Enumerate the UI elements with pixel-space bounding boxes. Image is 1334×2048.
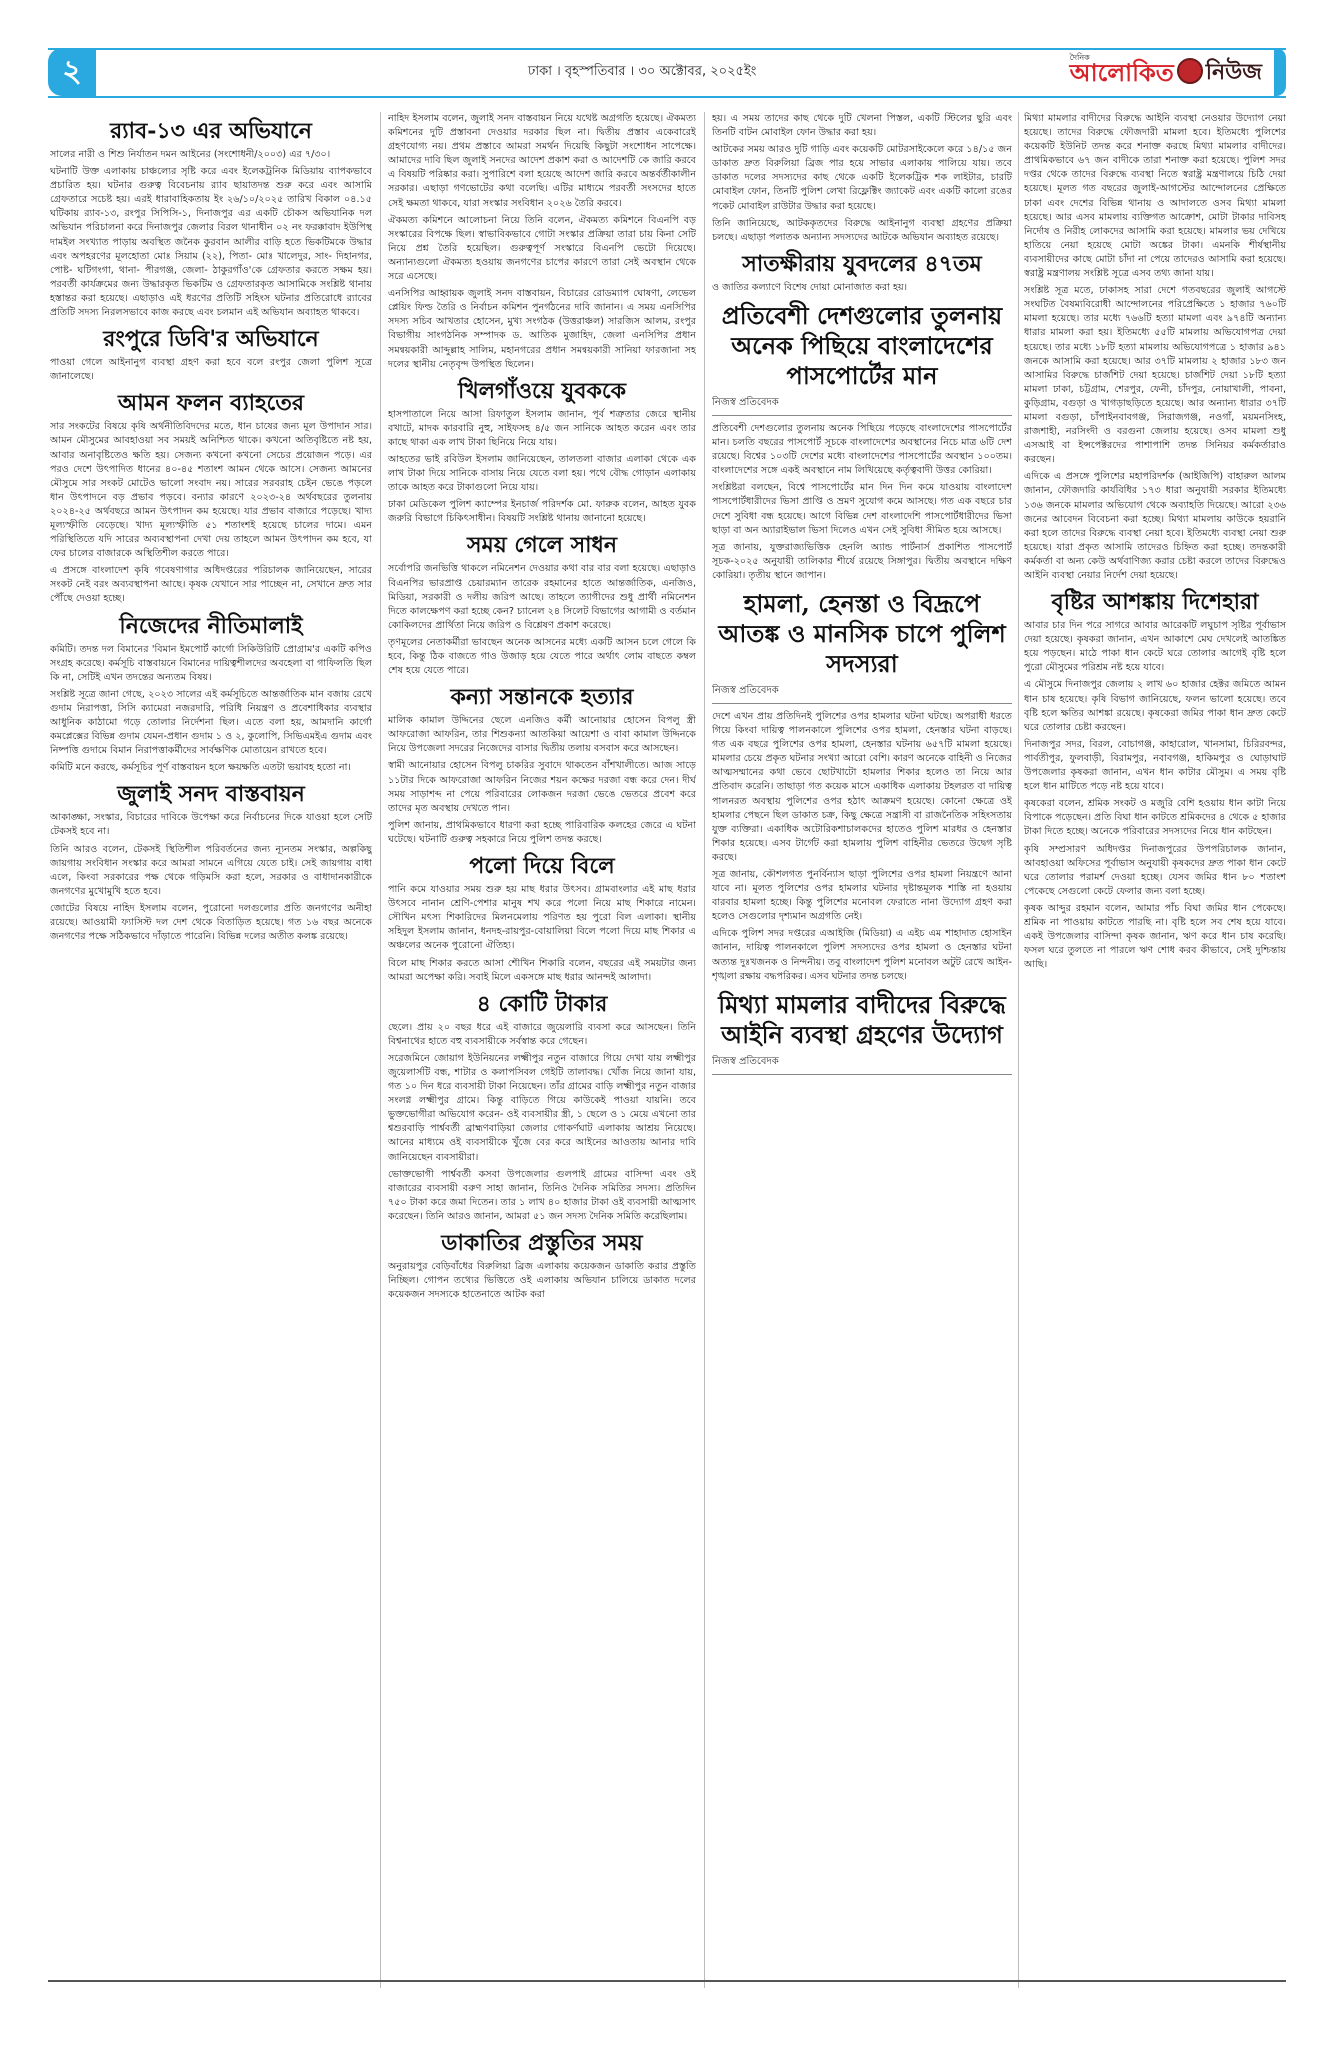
article-paragraph: ঢাকা মেডিকেল পুলিশ ক্যাম্পের ইনচার্জ পরি… [388,498,696,526]
article-paragraph: সার সংকটের বিষয়ে কৃষি অর্থনীতিবিদদের মত… [50,420,372,561]
article-paragraph: সালের নারী ও শিশু নির্যাতন দমন আইনের (সং… [50,148,372,162]
article-paragraph: আকাঙ্ক্ষা, সংস্কার, বিচারের দাবিকে উপেক্… [50,811,372,839]
article-paragraph: সংশ্লিষ্টরা বলছেন, বিশ্বে পাসপোর্টের মান… [712,481,1012,537]
news-article: বৃষ্টির আশঙ্কায় দিশেহারাআবার চার দিন পর… [1024,589,1286,972]
masthead: ২ ঢাকা । বৃহস্পতিবার । ৩০ অক্টোবর, ২০২৫ই… [48,48,1286,98]
article-paragraph: ঐকমত্য কমিশনে আলোচনা নিয়ে তিনি বলেন, ঐক… [388,214,696,284]
article-headline: নিজেদের নীতিমালাই [50,613,372,639]
article-paragraph: অনুরায়পুর বেড়িবাঁধের বিরুলিয়া ব্রিজ এ… [388,1260,696,1302]
article-paragraph: দিনাজপুর সদর, বিরল, বোচাগঞ্জ, কাহারোল, খ… [1024,738,1286,794]
article-headline: খিলগাঁওয়ে যুবককে [388,378,696,404]
article-paragraph: পুলিশ জানায়, প্রাথমিকভাবে ধারণা করা হচ্… [388,819,696,847]
column-3: হয়। এ সময় তাদের কাছ থেকে দুটি খেলনা পি… [712,112,1012,1988]
page-bottom-rule [48,1980,1286,1982]
article-headline: কন্যা সন্তানকে হত্যার [388,684,696,710]
news-article: পলো দিয়ে বিলেপানি কমে যাওয়ার সময় শুরু… [388,853,696,985]
article-headline: সাতক্ষীরায় যুবদলের ৪৭তম [712,251,1012,277]
article-paragraph: এনসিপির আহ্বায়ক জুলাই সনদ বাস্তবায়ন, ব… [388,287,696,372]
article-paragraph: কৃষক আব্দুর রহমান বলেন, আমার পাঁচ বিঘা জ… [1024,902,1286,972]
news-article: ৪ কোটি টাকারছেলে। প্রায় ২০ বছর ধরে এই ব… [388,991,696,1224]
article-paragraph: পাওয়া গেলে আইনানুগ ব্যবস্থা গ্রহণ করা হ… [50,356,372,384]
article-paragraph: প্রতিবেশী দেশগুলোর তুলনায় অনেক পিছিয়ে … [712,422,1012,478]
article-byline: নিজস্ব প্রতিবেদক [712,1054,1012,1075]
news-article: হয়। এ সময় তাদের কাছ থেকে দুটি খেলনা পি… [712,112,1012,245]
article-paragraph: ছেলে। প্রায় ২০ বছর ধরে এই বাজারে জুয়েল… [388,1021,696,1049]
news-article: র‌্যাব-১৩ এর অভিযানেসালের নারী ও শিশু নি… [50,118,372,320]
article-paragraph: বিলে মাছ শিকার করতে আসা শৌখিন শিকারি বলে… [388,957,696,985]
article-paragraph: ভোক্তভোগী পার্শ্ববর্তী কসবা উপজেলার গুলপ… [388,1168,696,1224]
column-divider [1018,112,1019,1988]
article-paragraph: এদিকে পুলিশ সদর দপ্তরের এআইজি (মিডিয়া) … [712,927,1012,983]
article-headline: রংপুরে ডিবি'র অভিযানে [50,326,372,352]
news-article: আমন ফলন ব্যাহতেরসার সংকটের বিষয়ে কৃষি অ… [50,390,372,606]
article-headline: পলো দিয়ে বিলে [388,853,696,879]
article-paragraph: তিনি জানিয়েছে, আটককৃতদের বিরুদ্ধে আইনান… [712,217,1012,245]
article-byline: নিজস্ব প্রতিবেদক [712,683,1012,704]
logo-small-text: দৈনিক [1070,52,1090,65]
news-article: মিথ্যা মামলার বাদীদের বিরুদ্ধে আইনি ব্যব… [712,990,1012,1075]
article-paragraph: পানি কমে যাওয়ার সময় শুরু হয় মাছ ধরার … [388,883,696,953]
article-paragraph: হাসপাতালে নিয়ে আসা রিফাতুল ইসলাম জানান,… [388,408,696,450]
page-number: ২ [48,48,96,96]
article-paragraph: সংশ্লিষ্ট সূত্রে জানা গেছে, ২০২৩ সালের এ… [50,688,372,758]
column-1: র‌্যাব-১৩ এর অভিযানেসালের নারী ও শিশু নি… [50,112,372,1988]
article-paragraph: সূত্র জানায়, কৌশলগত পুনর্বিন্যাস ছাড়া … [712,868,1012,924]
article-paragraph: ঘটনাটি উক্ত এলাকায় চাঞ্চল্যের সৃষ্টি কর… [50,165,372,320]
article-paragraph: ও জাতির কল্যাণে বিশেষ দোয়া মোনাজাত করা … [712,281,1012,295]
article-paragraph: মিথ্যা মামলার বাদীদের বিরুদ্ধে আইনি ব্যব… [1024,112,1286,281]
article-paragraph: স্বামী আনোয়ার হোসেন বিপলু চাকরির সুবাদে… [388,759,696,815]
article-paragraph: তিনি আরও বলেন, টেকসই স্থিতিশীল পরিবর্তনে… [50,843,372,899]
article-paragraph: দেশে এখন প্রায় প্রতিদিনই পুলিশের ওপর হা… [712,710,1012,865]
article-paragraph: নাহিদ ইসলাম বলেন, জুলাই সনদ বাস্তবায়ন ন… [388,112,696,211]
article-paragraph: কমিটি। তদন্ত দল বিমানের 'বিমান ইমপোর্ট ক… [50,643,372,685]
article-paragraph: হয়। এ সময় তাদের কাছ থেকে দুটি খেলনা পি… [712,112,1012,140]
logo-emblem-icon [1177,58,1203,84]
news-article: হামলা, হেনস্তা ও বিদ্রূপে আতঙ্ক ও মানসিক… [712,589,1012,984]
article-headline: সময় গেলে সাধন [388,532,696,558]
article-paragraph: মালিক কামাল উদ্দিনের ছেলে এনজিও কর্মী আন… [388,714,696,756]
article-paragraph: এ মৌসুমে দিনাজপুর জেলায় ২ লাখ ৬০ হাজার … [1024,678,1286,734]
article-paragraph: তৃণমূলের নেতাকর্মীরা ভাবছেন অনেক আসনের ম… [388,636,696,678]
dateline: ঢাকা । বৃহস্পতিবার । ৩০ অক্টোবর, ২০২৫ইং [528,62,756,83]
article-paragraph: সর্বোপরি জনভিত্তি থাকলে নমিনেশন দেওয়ার … [388,562,696,632]
article-paragraph: এ প্রসঙ্গে বাংলাদেশ কৃষি গবেষণাগার অধিদপ… [50,564,372,606]
article-headline: হামলা, হেনস্তা ও বিদ্রূপে আতঙ্ক ও মানসিক… [712,589,1012,679]
article-headline: আমন ফলন ব্যাহতের [50,390,372,416]
article-headline: প্রতিবেশী দেশগুলোর তুলনায় অনেক পিছিয়ে … [712,301,1012,391]
news-article: ডাকাতির প্রস্তুতির সময়অনুরায়পুর বেড়িব… [388,1230,696,1302]
article-headline: বৃষ্টির আশঙ্কায় দিশেহারা [1024,589,1286,615]
news-article: মিথ্যা মামলার বাদীদের বিরুদ্ধে আইনি ব্যব… [1024,112,1286,583]
news-article: নাহিদ ইসলাম বলেন, জুলাই সনদ বাস্তবায়ন ন… [388,112,696,372]
article-paragraph: কমিটি মনে করছে, কর্মসূচির পূর্ণ বাস্তবায… [50,761,372,775]
article-paragraph: সংশ্লিষ্ট সূত্র মতে, ঢাকাসহ সারা দেশে গত… [1024,284,1286,467]
article-paragraph: সরেজমিনে জোয়াগ ইউনিয়নের লক্ষ্মীপুর নতু… [388,1052,696,1165]
article-byline: নিজস্ব প্রতিবেদক [712,395,1012,416]
logo-dark-text: নিউজ [1206,54,1262,92]
article-headline: র‌্যাব-১৩ এর অভিযানে [50,118,372,144]
masthead-right-tab [1274,48,1286,96]
article-headline: মিথ্যা মামলার বাদীদের বিরুদ্ধে আইনি ব্যব… [712,990,1012,1050]
column-2: নাহিদ ইসলাম বলেন, জুলাই সনদ বাস্তবায়ন ন… [388,112,696,1988]
article-paragraph: সূত্র জানায়, যুক্তরাজ্যভিত্তিক হেনলি অ্… [712,541,1012,583]
article-headline: ৪ কোটি টাকার [388,991,696,1017]
column-divider [704,112,705,1988]
news-article: খিলগাঁওয়ে যুবককেহাসপাতালে নিয়ে আসা রিফ… [388,378,696,527]
news-article: রংপুরে ডিবি'র অভিযানেপাওয়া গেলে আইনানুগ… [50,326,372,384]
article-headline: জুলাই সনদ বাস্তবায়ন [50,781,372,807]
article-paragraph: কৃষি সম্প্রসারণ অধিদপ্তর দিনাজপুরের উপপর… [1024,843,1286,899]
article-paragraph: আটকের সময় আরও দুটি গাড়ি এবং কয়েকটি মো… [712,143,1012,213]
news-article: কন্যা সন্তানকে হত্যারমালিক কামাল উদ্দিনে… [388,684,696,847]
news-article: নিজেদের নীতিমালাইকমিটি। তদন্ত দল বিমানের… [50,613,372,776]
article-paragraph: কৃষকেরা বলেন, শ্রমিক সংকট ও মজুরি বেশি হ… [1024,797,1286,839]
newspaper-logo: দৈনিক আলোকিত নিউজ [1070,52,1262,92]
article-paragraph: আবার চার দিন পরে সাগরে আবার আরেকটি লঘুচা… [1024,619,1286,675]
news-article: সময় গেলে সাধনসর্বোপরি জনভিত্তি থাকলে নম… [388,532,696,678]
column-divider [380,112,381,1988]
article-paragraph: আহতের ভাই রবিউল ইসলাম জানিয়েছেন, তালতলা… [388,453,696,495]
news-article: জুলাই সনদ বাস্তবায়নআকাঙ্ক্ষা, সংস্কার, … [50,781,372,944]
news-article: প্রতিবেশী দেশগুলোর তুলনায় অনেক পিছিয়ে … [712,301,1012,583]
column-4: মিথ্যা মামলার বাদীদের বিরুদ্ধে আইনি ব্যব… [1024,112,1286,1988]
news-article: সাতক্ষীরায় যুবদলের ৪৭তমও জাতির কল্যাণে … [712,251,1012,295]
article-paragraph: জোটের বিষয়ে নাহিদ ইসলাম বলেন, পুরোনো দল… [50,902,372,944]
article-paragraph: এদিকে এ প্রসঙ্গে পুলিশের মহাপরিদর্শক (আই… [1024,470,1286,583]
article-headline: ডাকাতির প্রস্তুতির সময় [388,1230,696,1256]
